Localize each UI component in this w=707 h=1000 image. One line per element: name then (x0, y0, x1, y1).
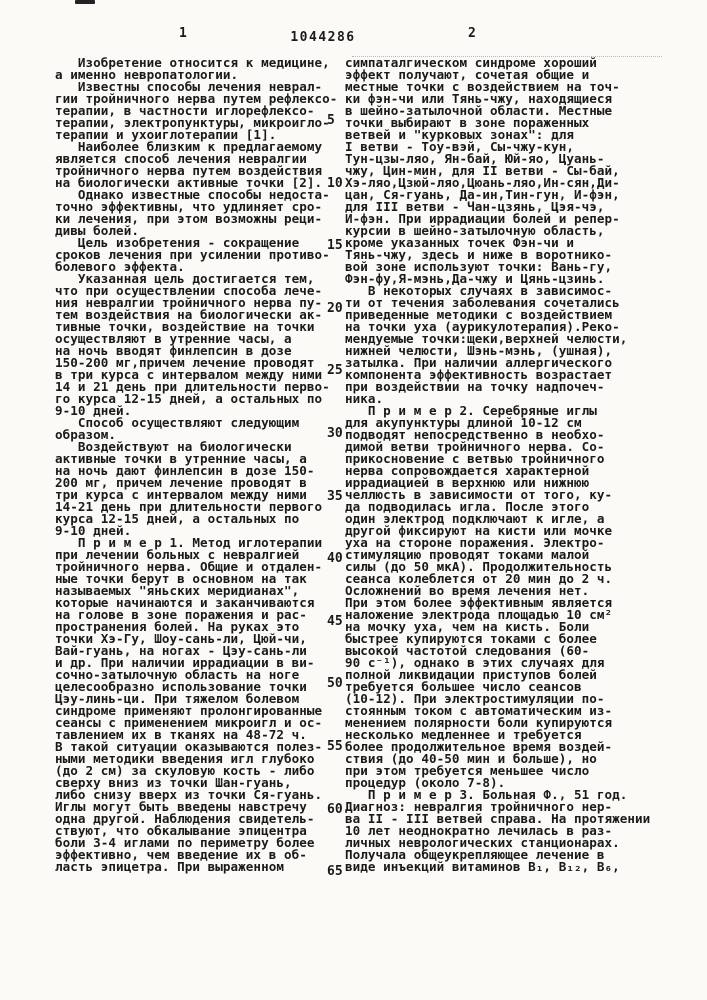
scan-artifact (75, 0, 95, 4)
text-line: ласть эпицетра. При выраженном (55, 861, 350, 873)
patent-number: 1044286 (253, 30, 393, 45)
left-text-column: Изобретение относится к медицине,а именн… (55, 57, 350, 873)
column-number-right: 2 (468, 26, 477, 41)
column-number-left: 1 (179, 26, 188, 41)
patent-document-page: 1 1044286 2 Изобретение относится к меди… (0, 0, 707, 1000)
text-line: виде инъекций витаминов В₁, В₁₂, В₆, (345, 861, 675, 873)
text-line: при воздействии на точку надпочеч- (345, 381, 675, 393)
right-text-column: симпаталгическом синдроме хорошийэффект … (345, 57, 675, 873)
